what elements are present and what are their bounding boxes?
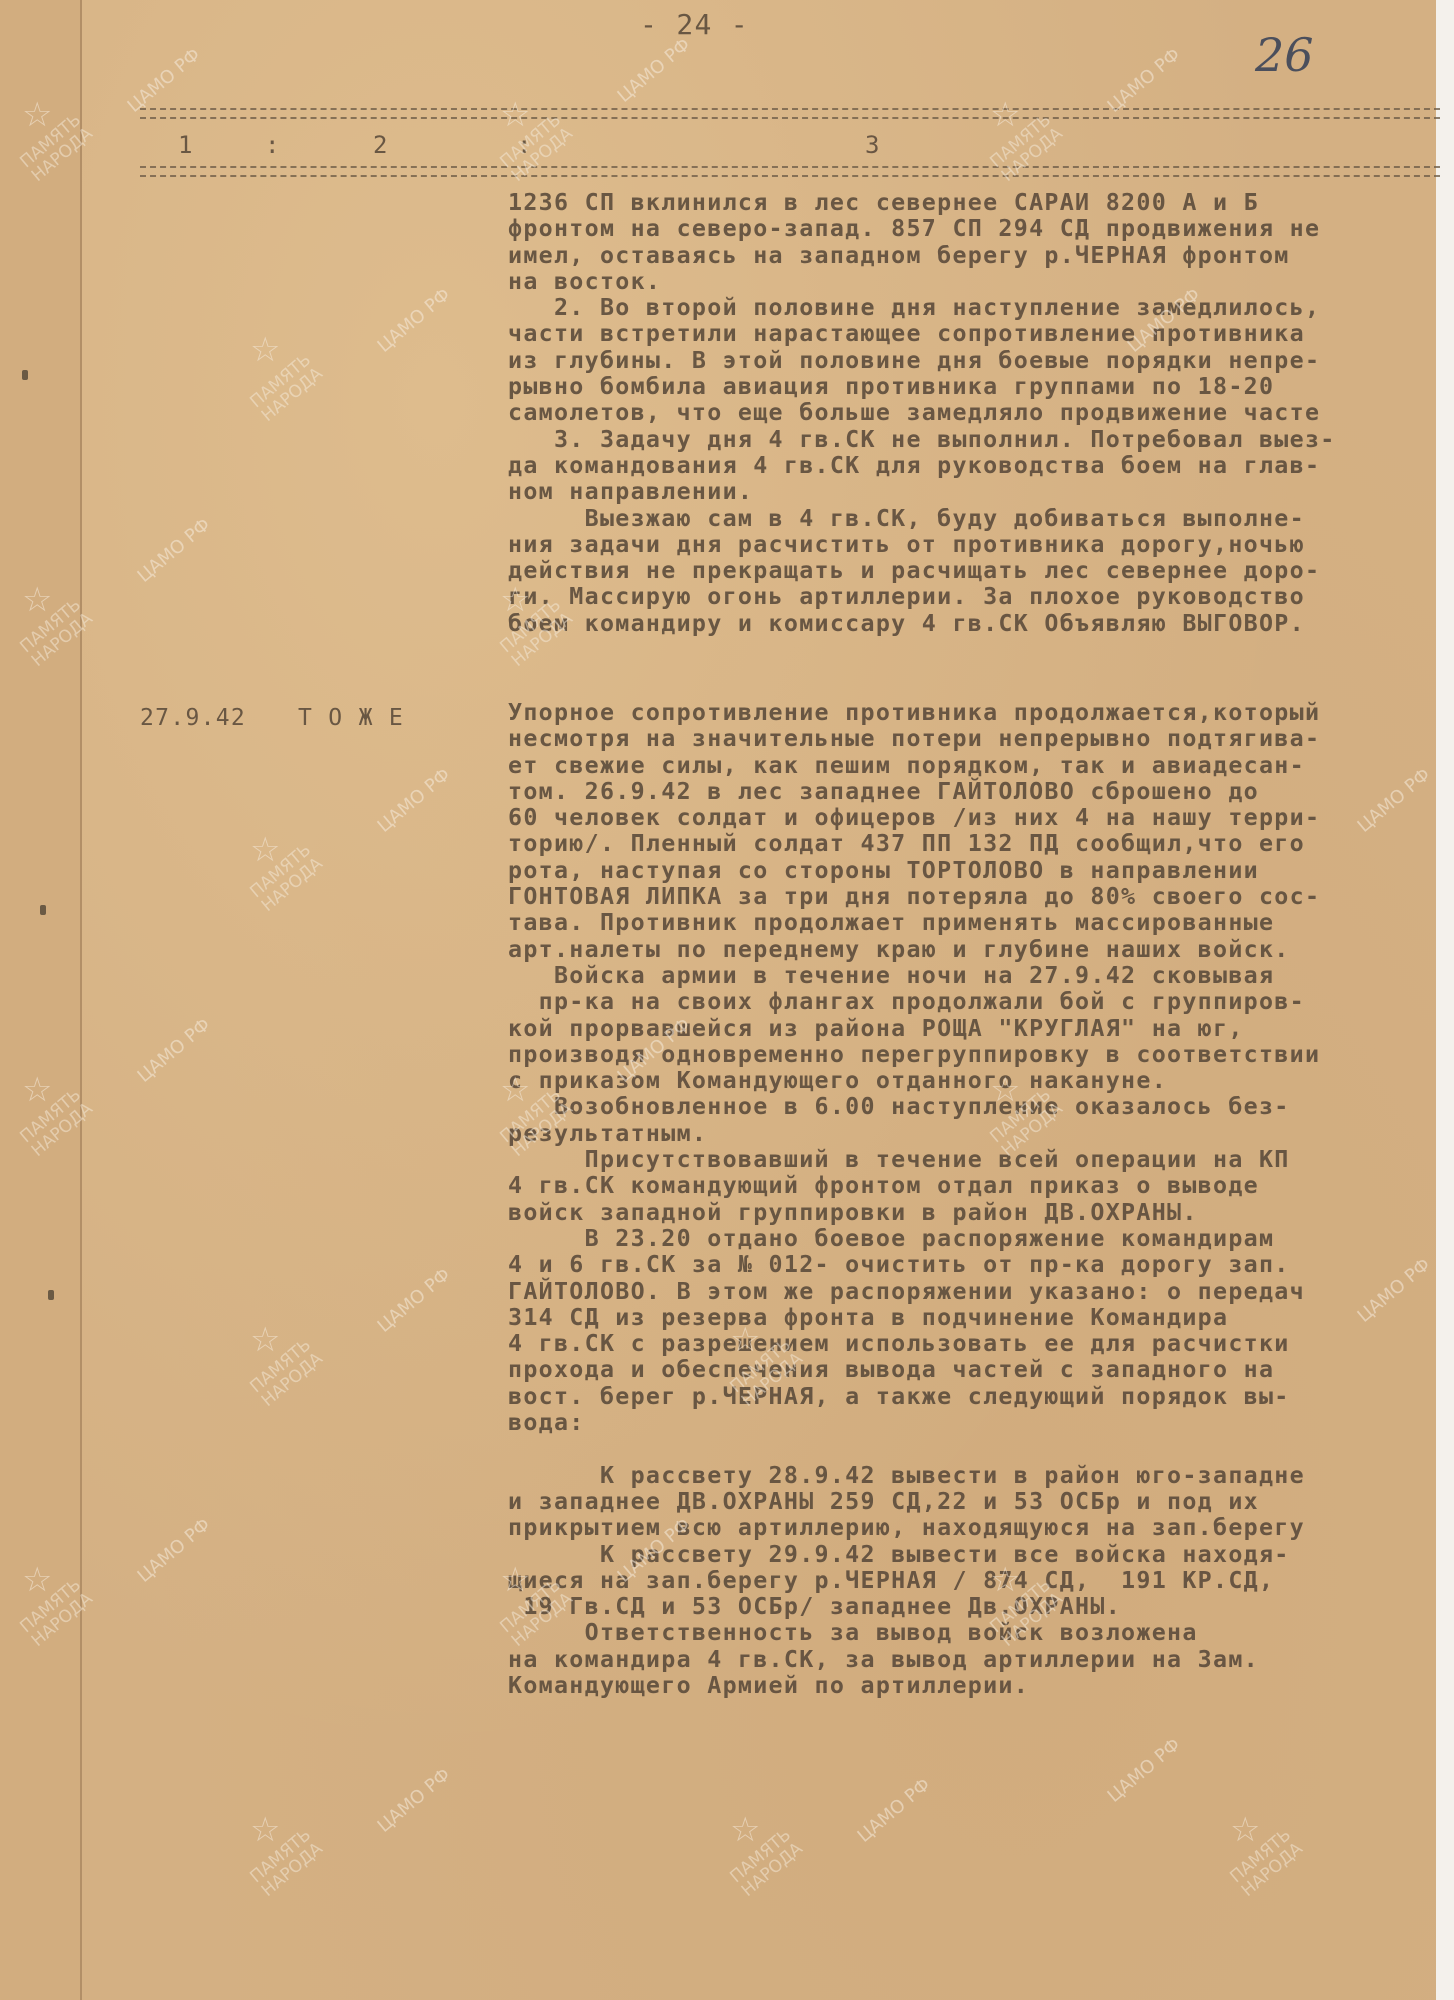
watermark-archive: ЦАМО РФ [374, 1264, 455, 1337]
watermark-project: ПАМЯТЬНАРОДА [247, 1826, 326, 1900]
text-line: на восток. [508, 269, 1336, 295]
hole-mark [22, 370, 28, 380]
text-line: действия не прекращать и расчищать лес с… [508, 558, 1336, 584]
text-line: ния задачи дня расчистить от противника … [508, 532, 1336, 558]
text-line: боем командиру и комиссару 4 гв.СК Объяв… [508, 611, 1336, 637]
table-header-top-rule [140, 108, 1440, 119]
text-line: ги. Массирую огонь артиллерии. За плохое… [508, 584, 1336, 610]
text-line: Возобновленное в 6.00 наступление оказал… [508, 1094, 1320, 1120]
text-line: рывно бомбила авиация противника группам… [508, 374, 1336, 400]
hole-mark [48, 1290, 54, 1300]
column-separator: : [517, 131, 533, 159]
text-line: В 23.20 отдано боевое распоряжение коман… [508, 1226, 1320, 1252]
watermark-project: ПАМЯТЬНАРОДА [247, 1336, 326, 1410]
star-icon: ☆ [250, 1320, 280, 1360]
text-line: результатным. [508, 1121, 1320, 1147]
watermark-archive: ЦАМО РФ [134, 1014, 215, 1087]
text-line: вода: [508, 1410, 1320, 1436]
text-line: 4 и 6 гв.СК за № 012- очистить от пр-ка … [508, 1252, 1320, 1278]
text-line: Упорное сопротивление противника продолж… [508, 700, 1320, 726]
text-line: ГАЙТОЛОВО. В этом же распоряжении указан… [508, 1279, 1320, 1305]
text-line: на командира 4 гв.СК, за вывод артиллери… [508, 1647, 1320, 1673]
text-line: кой прорвавшейся из района РОЩА "КРУГЛАЯ… [508, 1016, 1320, 1042]
text-line: самолетов, что еще больше замедляло прод… [508, 400, 1336, 426]
text-line: вост. берег р.ЧЕРНАЯ, а также следующий … [508, 1384, 1320, 1410]
text-line: прохода и обеспечения вывода частей с за… [508, 1357, 1320, 1383]
watermark-project: ПАМЯТЬНАРОДА [247, 841, 326, 915]
text-line: да командования 4 гв.СК для руководства … [508, 453, 1336, 479]
text-line: ГОНТОВАЯ ЛИПКА за три дня потеряла до 80… [508, 884, 1320, 910]
star-icon: ☆ [250, 830, 280, 870]
text-line: ном направлении. [508, 479, 1336, 505]
watermark-project: ПАМЯТЬНАРОДА [247, 351, 326, 425]
watermark-project: ПАМЯТЬНАРОДА [727, 1826, 806, 1900]
text-line: щиеся на зап.берегу р.ЧЕРНАЯ / 874 СД, 1… [508, 1568, 1320, 1594]
text-line: 2. Во второй половине дня наступление за… [508, 295, 1336, 321]
scan-edge [1436, 0, 1454, 2000]
entry-date: 27.9.42 [140, 705, 246, 731]
document-page: - 24 - 26 1 : 2 : 3 27.9.42 Т О Ж Е 1236… [0, 0, 1454, 2000]
text-line: несмотря на значительные потери непрерыв… [508, 726, 1320, 752]
text-line: рота, наступая со стороны ТОРТОЛОВО в на… [508, 858, 1320, 884]
text-line: том. 26.9.42 в лес западнее ГАЙТОЛОВО сб… [508, 779, 1320, 805]
text-line: с приказом Командующего отданного накану… [508, 1068, 1320, 1094]
text-line: 4 гв.СК командующий фронтом отдал приказ… [508, 1173, 1320, 1199]
watermark-project: ПАМЯТЬНАРОДА [1227, 1826, 1306, 1900]
text-line: 4 гв.СК с разрешением использовать ее дл… [508, 1331, 1320, 1357]
star-icon: ☆ [250, 1810, 280, 1850]
text-line: Выезжаю сам в 4 гв.СК, буду добиваться в… [508, 506, 1336, 532]
watermark-archive: ЦАМО РФ [374, 764, 455, 837]
column-header-2: 2 [373, 131, 389, 159]
watermark-archive: ЦАМО РФ [1354, 764, 1435, 837]
watermark-archive: ЦАМО РФ [614, 34, 695, 107]
text-line: войск западной группировки в район ДВ.ОХ… [508, 1200, 1320, 1226]
text-line: тава. Противник продолжает применять мас… [508, 910, 1320, 936]
text-line: имел, оставаясь на западном берегу р.ЧЕР… [508, 243, 1336, 269]
text-line: фронтом на северо-запад. 857 СП 294 СД п… [508, 216, 1336, 242]
text-line: 1236 СП вклинился в лес севернее САРАИ 8… [508, 190, 1336, 216]
column-separator: : [265, 131, 281, 159]
column-header-3: 3 [865, 131, 881, 159]
handwritten-sheet-number: 26 [1255, 28, 1314, 82]
text-line: пр-ка на своих флангах продолжали бой с … [508, 989, 1320, 1015]
text-line: К рассвету 28.9.42 вывести в район юго-з… [508, 1463, 1320, 1489]
text-line: ет свежие силы, как пешим порядком, так … [508, 753, 1320, 779]
text-line: части встретили нарастающее сопротивлени… [508, 321, 1336, 347]
text-line: К рассвету 29.9.42 вывести все войска на… [508, 1542, 1320, 1568]
text-line: торию/. Пленный солдат 437 ПП 132 ПД соо… [508, 831, 1320, 857]
page-number: - 24 - [640, 8, 749, 41]
watermark-archive: ЦАМО РФ [124, 44, 205, 117]
entry-text-27-9-42: Упорное сопротивление противника продолж… [508, 700, 1320, 1699]
column-header-1: 1 [178, 131, 194, 159]
watermark-archive: ЦАМО РФ [1104, 1734, 1185, 1807]
text-line: 19 Гв.СД и 53 ОСБр/ западнее Дв.ОХРАНЫ. [508, 1594, 1320, 1620]
watermark-archive: ЦАМО РФ [854, 1774, 935, 1847]
text-line: производя одновременно перегруппировку в… [508, 1042, 1320, 1068]
text-line [508, 1436, 1320, 1462]
text-line: прикрытием всю артиллерию, находящуюся н… [508, 1515, 1320, 1541]
entry-place: Т О Ж Е [298, 705, 404, 731]
text-line: арт.налеты по переднему краю и глубине н… [508, 937, 1320, 963]
watermark-archive: ЦАМО РФ [1354, 1254, 1435, 1327]
binding-strip [0, 0, 82, 2000]
text-line: Присутствовавший в течение всей операции… [508, 1147, 1320, 1173]
star-icon: ☆ [1230, 1810, 1260, 1850]
star-icon: ☆ [730, 1810, 760, 1850]
text-line: 3. Задачу дня 4 гв.СК не выполнил. Потре… [508, 427, 1336, 453]
hole-mark [40, 905, 46, 915]
text-line: Войска армии в течение ночи на 27.9.42 с… [508, 963, 1320, 989]
star-icon: ☆ [250, 330, 280, 370]
text-line: из глубины. В этой половине дня боевые п… [508, 348, 1336, 374]
watermark-archive: ЦАМО РФ [1104, 44, 1185, 117]
text-line: Командующего Армией по артиллерии. [508, 1673, 1320, 1699]
text-line: Ответственность за вывод войск возложена [508, 1620, 1320, 1646]
watermark-archive: ЦАМО РФ [134, 514, 215, 587]
text-line: 60 человек солдат и офицеров /из них 4 н… [508, 805, 1320, 831]
watermark-archive: ЦАМО РФ [374, 284, 455, 357]
entry-text-continued: 1236 СП вклинился в лес севернее САРАИ 8… [508, 190, 1336, 637]
text-line: и западнее ДВ.ОХРАНЫ 259 СД,22 и 53 ОСБр… [508, 1489, 1320, 1515]
table-header-bottom-rule [140, 166, 1440, 177]
watermark-archive: ЦАМО РФ [134, 1514, 215, 1587]
watermark-archive: ЦАМО РФ [374, 1764, 455, 1837]
text-line: 314 СД из резерва фронта в подчинение Ко… [508, 1305, 1320, 1331]
